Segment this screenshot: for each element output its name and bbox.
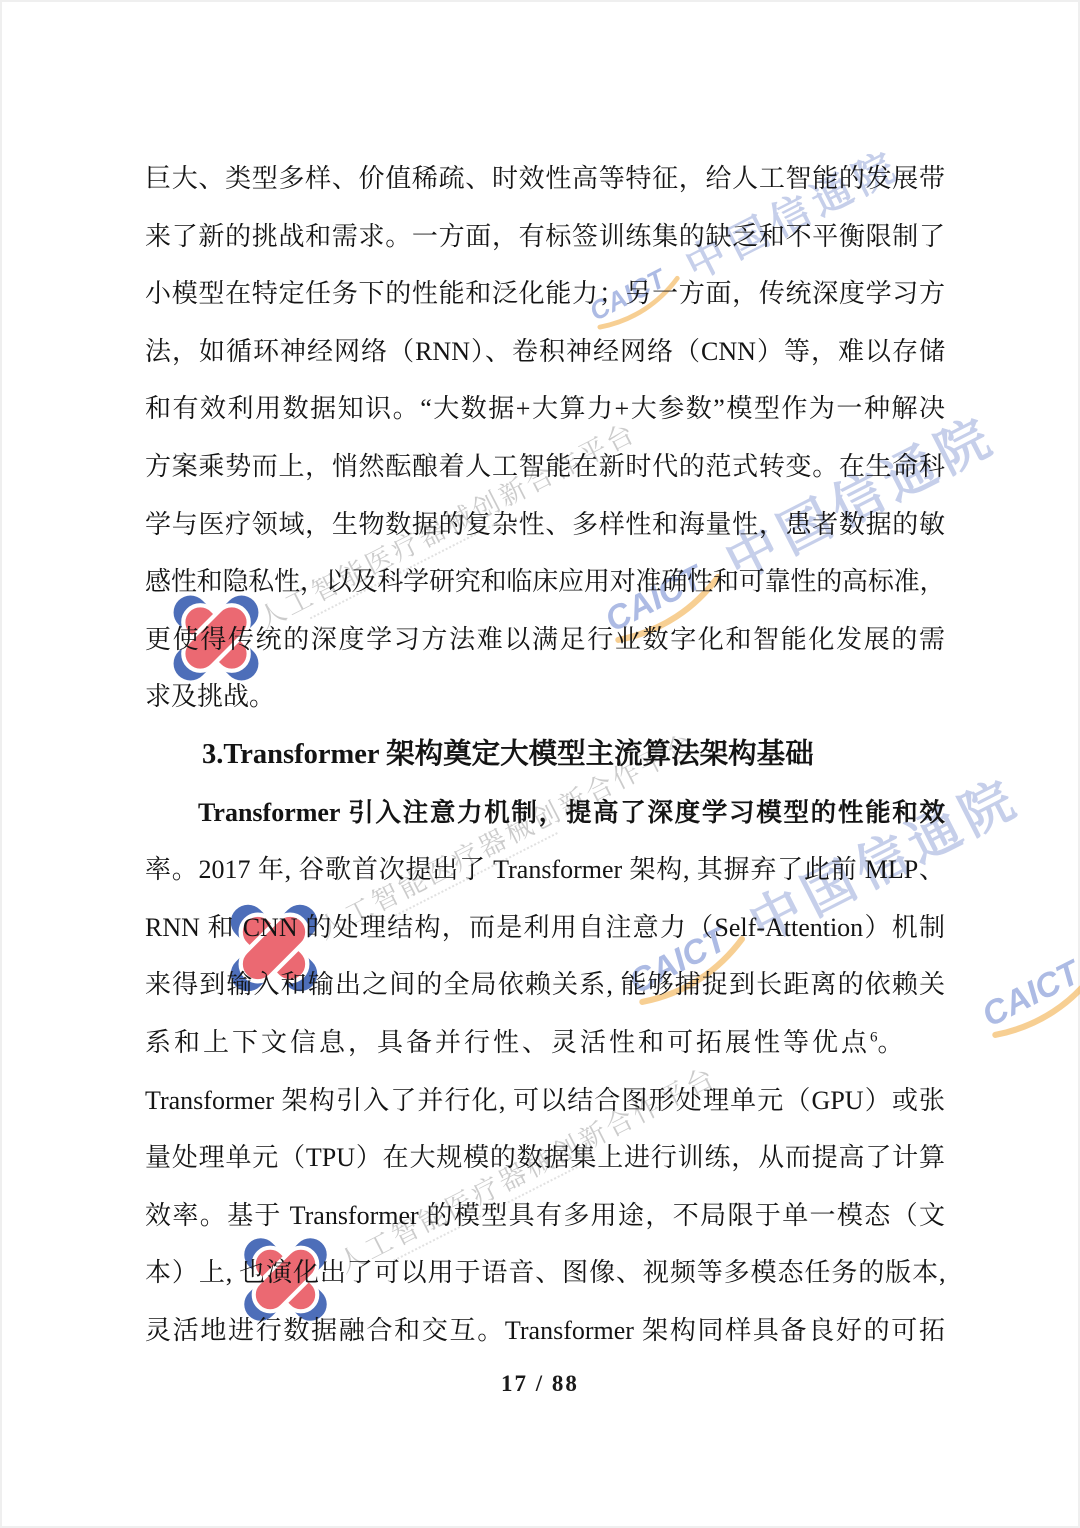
body-line: 法，如循环神经网络（RNN）、卷积神经网络（CNN）等，难以存储: [145, 323, 945, 381]
body-line: 来了新的挑战和需求。一方面，有标签训练集的缺乏和不平衡限制了: [145, 208, 945, 266]
body-line: 求及挑战。: [145, 668, 945, 726]
body-line: 量处理单元（TPU）在大规模的数据集上进行训练，从而提高了计算: [145, 1129, 945, 1187]
body-line: 本）上, 也演化出了可以用于语音、图像、视频等多模态任务的版本,: [145, 1244, 945, 1302]
lead-term: Transformer: [198, 798, 348, 827]
body-line: 方案乘势而上，悄然酝酿着人工智能在新时代的范式转变。在生命科: [145, 438, 945, 496]
body-line: Transformer 引入注意力机制，提高了深度学习模型的性能和效: [145, 784, 945, 842]
body-line: 来得到输入和输出之间的全局依赖关系, 能够捕捉到长距离的依赖关: [145, 956, 945, 1014]
body-line: 率。2017 年, 谷歌首次提出了 Transformer 架构, 其摒弃了此前…: [145, 841, 945, 899]
body-line: 感性和隐私性，以及科学研究和临床应用对准确性和可靠性的高标准，: [145, 553, 945, 611]
body-line: Transformer 架构引入了并行化, 可以结合图形处理单元（GPU）或张: [145, 1072, 945, 1130]
section-heading: 3.Transformer 架构奠定大模型主流算法架构基础: [145, 726, 945, 784]
body-line: 灵活地进行数据融合和交互。Transformer 架构同样具备良好的可拓: [145, 1302, 945, 1360]
body-line: 小模型在特定任务下的性能和泛化能力；另一方面，传统深度学习方: [145, 265, 945, 323]
page-footer: 17 / 88: [0, 1366, 1080, 1402]
body-line: 学与医疗领域，生物数据的复杂性、多样性和海量性，患者数据的敏: [145, 496, 945, 554]
page-number: 17 / 88: [501, 1371, 579, 1396]
lead-sentence: 引入注意力机制，提高了深度学习模型的性能和效: [348, 799, 945, 827]
body-line: 效率。基于 Transformer 的模型具有多用途，不局限于单一模态（文: [145, 1187, 945, 1245]
document-page: CAICT 中国信通院 CAICT 中国信通院 CAICT: [0, 0, 1080, 1528]
footnote-reference: 6: [870, 1029, 878, 1045]
body-line: 更使得传统的深度学习方法难以满足行业数字化和智能化发展的需: [145, 611, 945, 669]
caict-logo-icon: CAICT: [973, 942, 1080, 1046]
body-text: 系和上下文信息，具备并行性、灵活性和可拓展性等优点: [145, 1028, 870, 1057]
body-line: 和有效利用数据知识。“大数据+大算力+大参数”模型作为一种解决: [145, 380, 945, 438]
body-line: 巨大、类型多样、价值稀疏、时效性高等特征，给人工智能的发展带: [145, 150, 945, 208]
body-line: 系和上下文信息，具备并行性、灵活性和可拓展性等优点6。: [145, 1014, 945, 1072]
body-text: 。: [878, 1028, 907, 1057]
document-body: 巨大、类型多样、价值稀疏、时效性高等特征，给人工智能的发展带 来了新的挑战和需求…: [145, 150, 945, 1359]
body-line: RNN 和 CNN 的处理结构，而是利用自注意力（Self-Attention）…: [145, 899, 945, 957]
